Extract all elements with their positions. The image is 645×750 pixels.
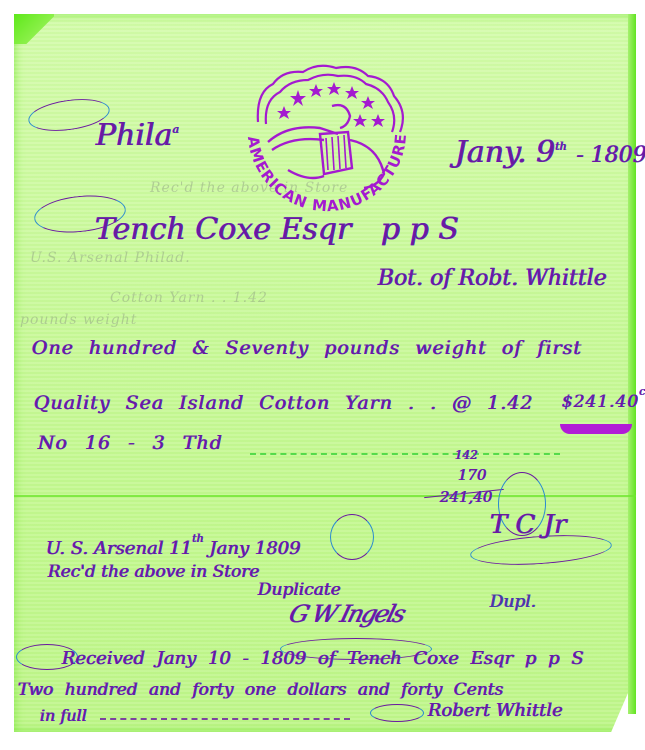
ghost-text: U.S. Arsenal Philad. (30, 250, 191, 266)
receipt-line: Two hundred and forty one dollars and fo… (18, 680, 503, 700)
initials: T C Jr (490, 510, 567, 540)
receipt-line: Received Jany 10 - 1809 of Tench Coxe Es… (62, 648, 584, 669)
dash-line (250, 453, 560, 455)
receipt-line: in full (40, 706, 87, 725)
item-amount: $241.40c (562, 392, 645, 412)
bought-of: Bot. of Robt. Whittle (378, 266, 607, 291)
ghost-text: pounds weight (20, 312, 137, 328)
flourish (330, 514, 374, 560)
flourish (370, 704, 424, 722)
dash-line (100, 718, 350, 720)
arsenal-signature: G W Ingels (286, 600, 407, 628)
ghost-text: Cotton Yarn . . 1.42 (110, 290, 268, 306)
eagle-seal-icon: AMERICAN MANUFACTURE (228, 62, 424, 212)
amount-underline (560, 424, 632, 434)
calc-line: 142 (455, 448, 478, 462)
duplicate-label: Duplicate (258, 580, 341, 600)
receipt-signature: Robert Whittle (428, 700, 563, 721)
paper-edge (628, 14, 636, 714)
arsenal-line: Rec'd the above in Store (48, 562, 260, 582)
header-date: Jany. 9th - 1809 (455, 135, 645, 170)
item-line: One hundred & Seventy pounds weight of f… (32, 337, 582, 359)
place-label: Philaa (96, 118, 179, 153)
item-line: No 16 - 3 Thd (38, 432, 223, 454)
calc-line: 170 (458, 466, 487, 484)
arsenal-line: U. S. Arsenal 11th Jany 1809 (46, 538, 301, 559)
addressee-name: Tench Coxe Esqr p p S (95, 212, 459, 247)
corner-fold (14, 14, 54, 44)
margin-note: Dupl. (490, 592, 536, 612)
item-line: Quality Sea Island Cotton Yarn . . @ 1.4… (34, 392, 534, 414)
calc-total: 241,40 (440, 488, 493, 506)
